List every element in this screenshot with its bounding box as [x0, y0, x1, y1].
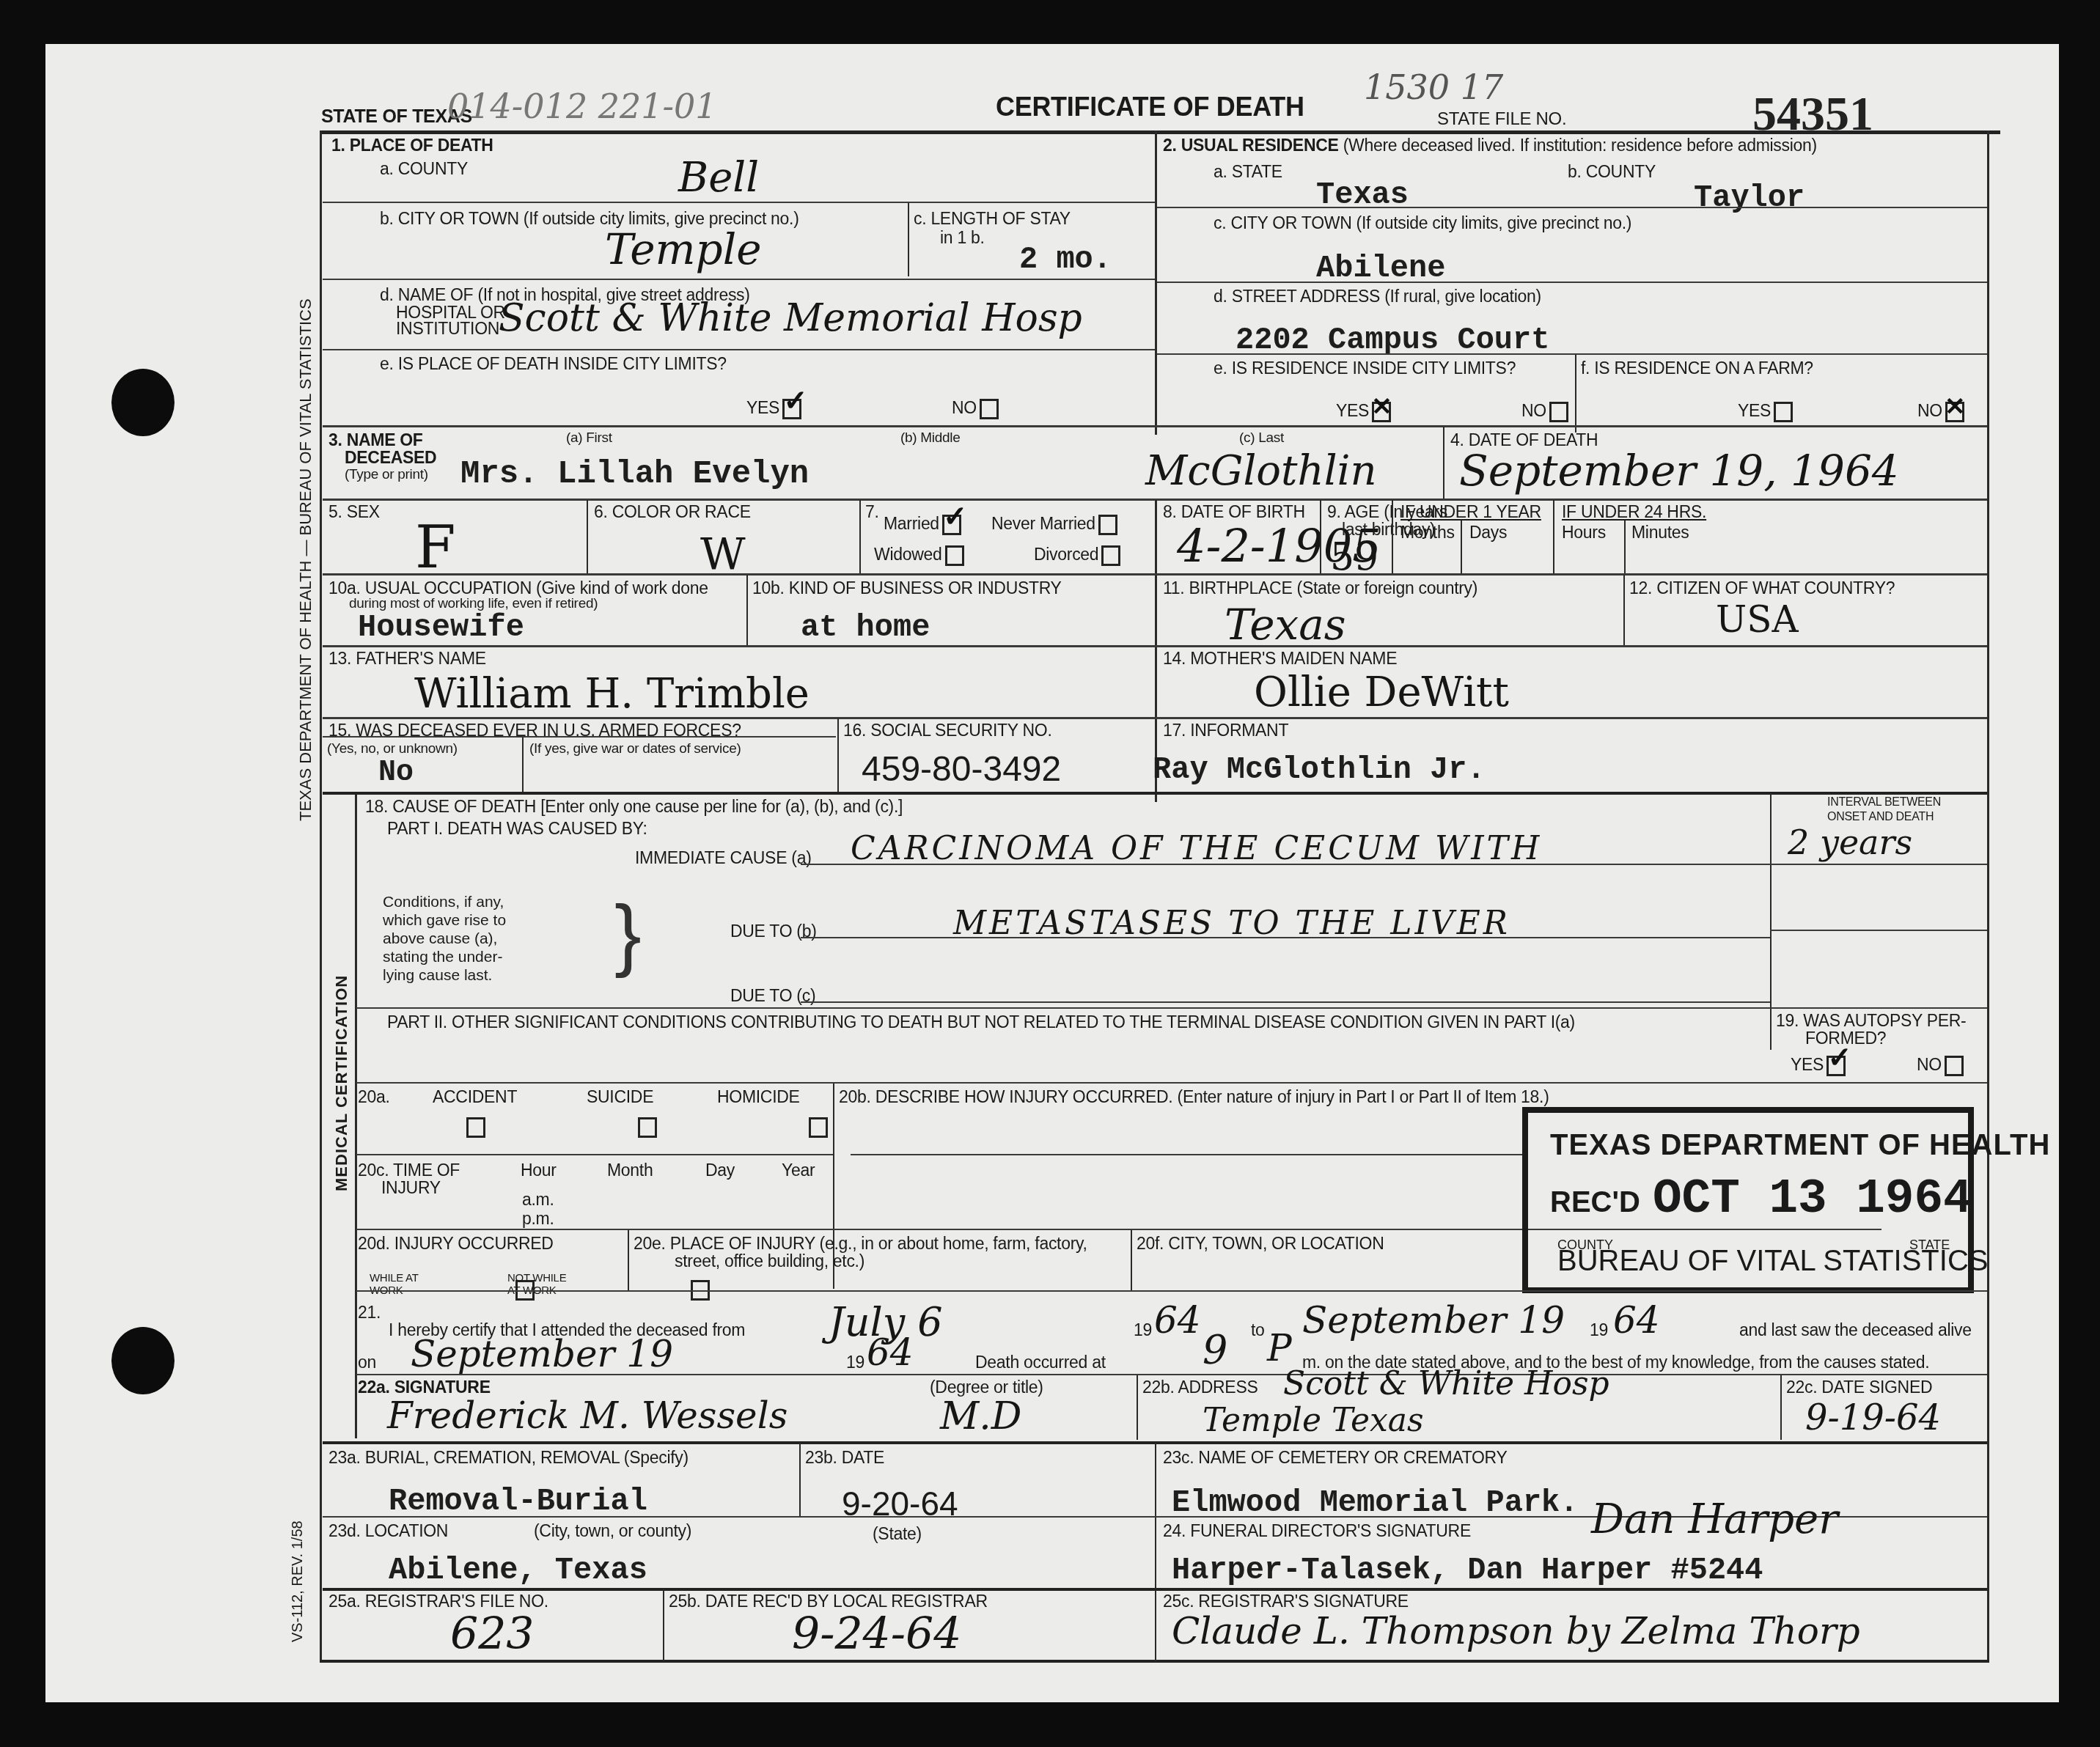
checkbox-no[interactable] [1549, 402, 1568, 422]
length-of-stay-value: 2 mo. [1019, 242, 1112, 277]
registrar-signature-label: 25c. REGISTRAR'S SIGNATURE [1163, 1592, 1409, 1611]
disposition-value: Removal-Burial [389, 1484, 647, 1519]
first-name-label: (a) First [566, 431, 612, 446]
divider [1157, 207, 1987, 208]
if-under-24-hrs-label: IF UNDER 24 HRS. [1562, 503, 1706, 521]
hospital-label-3: INSTITUTION [396, 320, 499, 338]
checkbox-widowed[interactable] [945, 545, 964, 566]
funeral-director-signature[interactable]: Dan Harper [1591, 1496, 1838, 1543]
margin-agency-text: TEXAS DEPARTMENT OF HEALTH — BUREAU OF V… [296, 298, 315, 821]
married-label: Married [884, 514, 939, 533]
immediate-cause-value: CARCINOMA OF THE CECUM WITH [851, 830, 1542, 867]
residence-county-value: Taylor [1694, 180, 1805, 216]
type-or-print-label: (Type or print) [345, 468, 428, 483]
form-left-border [320, 130, 322, 1661]
registrar-date-value: 9-24-64 [792, 1608, 961, 1660]
checkbox-yes[interactable] [1774, 402, 1793, 422]
divider [323, 349, 1155, 350]
race-label: 6. COLOR OR RACE [594, 503, 751, 521]
attended-from-year: 64 [1154, 1299, 1201, 1342]
form-revision: VS-112, REV. 1/58 [290, 1520, 306, 1642]
citizen-label: 12. CITIZEN OF WHAT COUNTRY? [1629, 579, 1895, 597]
divider [323, 425, 1987, 427]
punch-hole-bottom [111, 1327, 175, 1394]
century-label: 19 [1134, 1321, 1152, 1339]
burial-date-label: 23b. DATE [805, 1449, 884, 1467]
pm-label: p.m. [522, 1210, 554, 1228]
part2-label: PART II. OTHER SIGNIFICANT CONDITIONS CO… [387, 1013, 1575, 1031]
form-top-border [320, 130, 2000, 134]
cemetery-value: Elmwood Memorial Park. [1172, 1485, 1579, 1520]
handwritten-file-ref: 1530 17 [1364, 67, 1503, 107]
while-at-work[interactable]: WHILE AT WORK [370, 1273, 421, 1297]
business-value: at home [801, 610, 930, 645]
injury-city-label: 20f. CITY, TOWN, OR LOCATION [1137, 1235, 1384, 1253]
hours-label: Hours [1562, 523, 1606, 542]
ssn-value: 459-80-3492 [862, 749, 1061, 790]
interval-label-2: ONSET AND DEATH [1827, 811, 1934, 824]
accident-checkbox[interactable] [466, 1117, 485, 1138]
century-label: 19 [846, 1353, 864, 1372]
divider [587, 500, 588, 573]
last-seen-year: 64 [867, 1331, 914, 1374]
divider [1770, 1007, 1987, 1009]
divider [908, 203, 909, 276]
birthplace-value: Texas [1225, 600, 1346, 650]
last-name-label: (c) Last [1239, 431, 1284, 446]
suicide-label: SUICIDE [587, 1088, 653, 1106]
place-of-injury-label: 20e. PLACE OF INJURY (e.g., in or about … [634, 1235, 1087, 1253]
residence-city-label: c. CITY OR TOWN (If outside city limits,… [1214, 214, 1631, 232]
interval-value: 2 years [1788, 823, 1912, 862]
divider [1575, 355, 1576, 433]
sex-label: 5. SEX [328, 503, 380, 521]
divider [323, 736, 836, 738]
divider [1155, 1443, 1156, 1661]
divider [801, 937, 1770, 938]
part1-label: PART I. DEATH WAS CAUSED BY: [387, 820, 647, 838]
street-address-value: 2202 Campus Court [1236, 323, 1549, 358]
widowed-label: Widowed [874, 545, 942, 564]
sex-value: F [415, 513, 456, 581]
day-label: Day [705, 1161, 735, 1180]
divider [323, 645, 1987, 647]
death-hour-value: 9 [1203, 1327, 1227, 1373]
length-of-stay-label-2: in 1 b. [940, 229, 985, 247]
state-file-no-label: STATE FILE NO. [1437, 110, 1566, 129]
divider [628, 1230, 629, 1290]
father-name-label: 13. FATHER'S NAME [328, 650, 486, 668]
occupation-label: 10a. USUAL OCCUPATION (Give kind of work… [328, 579, 708, 597]
yes-label: YES [1791, 1055, 1824, 1074]
divorced-label: Divorced [1034, 545, 1098, 564]
location-city-label: (City, town, or county) [534, 1522, 691, 1540]
stamp-date: OCT 13 1964 [1653, 1172, 1972, 1226]
death-ampm-value: P [1267, 1327, 1292, 1369]
no-label: NO [1521, 401, 1546, 420]
autopsy-yes[interactable]: YES [1791, 1056, 1846, 1076]
yes-label: YES [746, 398, 779, 417]
days-label: Days [1469, 523, 1507, 542]
attended-to-year: 64 [1613, 1299, 1660, 1342]
death-inside-city-no[interactable]: NO [952, 399, 999, 419]
citizen-value: USA [1716, 598, 1799, 641]
checkbox-married[interactable] [942, 515, 961, 535]
conditions-note: Conditions, if any, which gave rise to a… [383, 893, 506, 985]
certify-text-2: and last saw the deceased alive [1739, 1321, 1972, 1339]
stamp-recd: REC'D [1550, 1186, 1640, 1219]
death-city-value: Temple [605, 224, 762, 274]
checkbox-yes[interactable] [1372, 402, 1391, 422]
ssn-label: 16. SOCIAL SECURITY NO. [843, 721, 1052, 740]
cause-of-death-label: 18. CAUSE OF DEATH [Enter only one cause… [365, 798, 903, 816]
name-of-deceased-label-2: DECEASED [345, 449, 436, 467]
divider [663, 1589, 664, 1661]
physician-address-label: 22b. ADDRESS [1142, 1378, 1258, 1397]
no-label: NO [952, 398, 977, 417]
checkbox-no[interactable] [980, 399, 999, 419]
autopsy-label: 19. WAS AUTOPSY PER- [1776, 1012, 1966, 1030]
checkbox-yes[interactable] [1827, 1056, 1846, 1076]
residence-heading: 2. USUAL RESIDENCE [1163, 136, 1339, 155]
mother-maiden-name-value: Ollie DeWitt [1254, 669, 1509, 716]
injury-occurred-label: 20d. INJURY OCCURRED [358, 1235, 554, 1253]
divider [323, 717, 1987, 719]
divider [1624, 521, 1626, 573]
divider [1320, 500, 1321, 573]
armed-war-label: (If yes, give war or dates of service) [529, 742, 741, 757]
county-label: a. COUNTY [380, 160, 468, 178]
name-of-deceased-label: 3. NAME OF [328, 431, 423, 449]
location-state-label: (State) [873, 1525, 922, 1543]
place-of-death-label: 1. PLACE OF DEATH [331, 136, 493, 155]
first-middle-name-value: Mrs. Lillah Evelyn [460, 456, 809, 493]
divider [1392, 500, 1393, 573]
minutes-label: Minutes [1631, 523, 1689, 542]
divider [1157, 353, 1987, 355]
checkbox-no[interactable] [1945, 402, 1964, 422]
accident-label: ACCIDENT [433, 1088, 517, 1106]
certificate-title: CERTIFICATE OF DEATH [996, 92, 1304, 122]
marital-widowed[interactable]: Widowed [874, 545, 964, 566]
conditions-note-line: Conditions, if any, [383, 893, 506, 911]
handwritten-code: 014-012 221-01 [447, 87, 717, 126]
last-name-value: McGlothlin [1145, 447, 1377, 495]
conditions-note-line: stating the under- [383, 948, 506, 966]
divider [1770, 930, 1987, 931]
cemetery-label: 23c. NAME OF CEMETERY OR CREMATORY [1163, 1449, 1508, 1467]
funeral-director-label: 24. FUNERAL DIRECTOR'S SIGNATURE [1163, 1522, 1471, 1540]
age-value: 59 [1330, 535, 1378, 579]
stamp-line-1: TEXAS DEPARTMENT OF HEALTH [1550, 1129, 2050, 1162]
burial-location-value: Abilene, Texas [389, 1553, 647, 1588]
death-inside-city-yes[interactable]: YES [746, 399, 801, 419]
divider [801, 1001, 1770, 1003]
medical-certification-label: MEDICAL CERTIFICATION [332, 975, 351, 1191]
divider [837, 718, 839, 793]
hour-label: Hour [521, 1161, 557, 1180]
divider [323, 573, 1987, 575]
farm-label: f. IS RESIDENCE ON A FARM? [1581, 359, 1813, 378]
residence-note: (Where deceased lived. If institution: r… [1343, 136, 1817, 155]
divider [1157, 282, 1987, 283]
divider [1461, 521, 1462, 573]
physician-address-line-2: Temple Texas [1203, 1402, 1424, 1439]
last-seen-date: September 19 [411, 1333, 673, 1375]
divider [746, 575, 748, 647]
informant-label: 17. INFORMANT [1163, 721, 1288, 740]
conditions-note-line: lying cause last. [383, 966, 506, 985]
divider [1553, 500, 1554, 573]
divider [323, 202, 1155, 203]
no-label: NO [1917, 401, 1942, 420]
residence-state-label: a. STATE [1214, 163, 1282, 181]
am-label: a.m. [522, 1191, 554, 1209]
residence-inside-city-no[interactable]: NO [1521, 402, 1568, 422]
form-right-border [1987, 130, 1989, 1661]
on-label: on [358, 1353, 376, 1372]
autopsy-no[interactable]: NO [1917, 1056, 1964, 1076]
to-label: to [1251, 1321, 1265, 1339]
residence-inside-city-label: e. IS RESIDENCE INSIDE CITY LIMITS? [1214, 359, 1516, 378]
armed-forces-value: No [378, 757, 414, 790]
yes-label: YES [1738, 401, 1771, 420]
occupation-value: Housewife [358, 610, 524, 645]
divider [1623, 575, 1625, 647]
divider [356, 1082, 1987, 1084]
item-20a-label: 20a. [358, 1088, 390, 1106]
year-label: Year [782, 1161, 815, 1180]
time-of-injury-label: 20c. TIME OF [358, 1161, 460, 1180]
middle-name-label: (b) Middle [900, 431, 960, 446]
residence-inside-city-yes[interactable]: YES [1336, 402, 1391, 422]
item-21-label: 21. [358, 1303, 381, 1322]
father-name-value: William H. Trimble [414, 670, 809, 718]
physician-address-line-1: Scott & White Hosp [1283, 1365, 1609, 1402]
marital-married[interactable]: Married [884, 515, 961, 535]
death-occurred-at-label: Death occurred at [975, 1353, 1106, 1372]
physician-signature[interactable]: Frederick M. Wessels [387, 1394, 787, 1437]
century-label: 19 [1590, 1321, 1608, 1339]
divider [1780, 1375, 1782, 1440]
business-label: 10b. KIND OF BUSINESS OR INDUSTRY [752, 579, 1062, 597]
registrar-signature[interactable]: Claude L. Thompson by Zelma Thorp [1172, 1610, 1860, 1652]
divider [356, 1007, 1770, 1009]
divider [1443, 427, 1444, 500]
stamp-line-3: BUREAU OF VITAL STATISTICS [1557, 1245, 1988, 1278]
divider [356, 1290, 1987, 1292]
place-of-injury-label-2: street, office building, etc.) [675, 1252, 864, 1270]
date-of-death-value: September 19, 1964 [1459, 446, 1899, 496]
divider [799, 1443, 801, 1516]
divider [1770, 793, 1772, 1050]
attended-to-date: September 19 [1302, 1299, 1565, 1342]
conditions-note-line: which gave rise to [383, 911, 506, 930]
divider [801, 864, 1770, 865]
checkbox-yes[interactable] [782, 399, 801, 419]
month-label: Month [607, 1161, 653, 1180]
if-under-1-year-label: IF UNDER 1 YEAR [1400, 503, 1541, 521]
marital-never-married[interactable]: Never Married [991, 515, 1117, 535]
usual-residence-label: 2. USUAL RESIDENCE (Where deceased lived… [1163, 136, 1817, 155]
registrar-file-value: 623 [450, 1608, 535, 1660]
divider [1131, 1230, 1132, 1290]
divider [1137, 1375, 1138, 1440]
conditions-note-line: above cause (a), [383, 930, 506, 948]
divider [323, 279, 1155, 280]
homicide-label: HOMICIDE [717, 1088, 800, 1106]
date-signed-value: 9-19-64 [1805, 1397, 1941, 1438]
divider [851, 1154, 1525, 1155]
not-while-at-work[interactable]: NOT WHILE AT WORK [507, 1273, 573, 1297]
not-while-at-work-label: NOT WHILE AT WORK [507, 1272, 566, 1297]
marital-item-label: 7. [865, 503, 879, 521]
injury-description-label: 20b. DESCRIBE HOW INJURY OCCURRED. (Ente… [839, 1088, 1549, 1106]
divider [356, 1374, 1987, 1375]
length-of-stay-label: c. LENGTH OF STAY [914, 210, 1071, 228]
homicide-checkbox[interactable] [809, 1117, 828, 1138]
months-label: Months [1400, 523, 1455, 542]
medical-section-border [355, 793, 357, 1438]
informant-value: Ray McGlothlin Jr. [1153, 752, 1486, 787]
while-at-work-label: WHILE AT WORK [370, 1272, 418, 1297]
residence-county-label: b. COUNTY [1568, 163, 1656, 181]
divider [323, 1588, 1987, 1591]
brace-icon: } [614, 887, 642, 980]
interval-label: INTERVAL BETWEEN [1827, 796, 1941, 809]
checkbox-divorced[interactable] [1101, 545, 1120, 566]
punch-hole-top [111, 369, 175, 436]
divider [323, 792, 1987, 795]
armed-yn-label: (Yes, no, or unknown) [327, 742, 458, 757]
disposition-label: 23a. BURIAL, CREMATION, REMOVAL (Specify… [328, 1449, 689, 1467]
suicide-checkbox[interactable] [638, 1117, 657, 1138]
funeral-director-value: Harper-Talasek, Dan Harper #5244 [1172, 1553, 1763, 1588]
farm-no[interactable]: NO [1917, 402, 1964, 422]
mother-maiden-name-label: 14. MOTHER'S MAIDEN NAME [1163, 650, 1397, 668]
never-married-label: Never Married [991, 514, 1095, 533]
received-stamp: TEXAS DEPARTMENT OF HEALTH REC'D OCT 13 … [1522, 1107, 1974, 1293]
physician-degree: M.D [940, 1394, 1021, 1438]
residence-city-value: Abilene [1316, 251, 1445, 286]
date-signed-label: 22c. DATE SIGNED [1786, 1378, 1932, 1397]
hospital-value: Scott & White Memorial Hosp [499, 296, 1082, 340]
divider [522, 738, 524, 793]
street-address-label: d. STREET ADDRESS (If rural, give locati… [1214, 287, 1541, 306]
death-county-value: Bell [678, 154, 759, 202]
burial-location-label: 23d. LOCATION [328, 1522, 448, 1540]
marital-divorced[interactable]: Divorced [1034, 545, 1120, 566]
no-label: NO [1917, 1055, 1942, 1074]
inside-city-label: e. IS PLACE OF DEATH INSIDE CITY LIMITS? [380, 355, 727, 373]
time-of-injury-label-2: INJURY [381, 1179, 441, 1197]
yes-label: YES [1336, 401, 1369, 420]
checkbox-never-married[interactable] [1098, 515, 1117, 535]
divider [1770, 864, 1987, 865]
farm-yes[interactable]: YES [1738, 402, 1793, 422]
checkbox-no[interactable] [1945, 1056, 1964, 1076]
birthplace-label: 11. BIRTHPLACE (State or foreign country… [1163, 579, 1477, 597]
divider [356, 1154, 833, 1155]
divider [859, 500, 861, 573]
immediate-cause-label: IMMEDIATE CAUSE (a) [635, 849, 812, 867]
